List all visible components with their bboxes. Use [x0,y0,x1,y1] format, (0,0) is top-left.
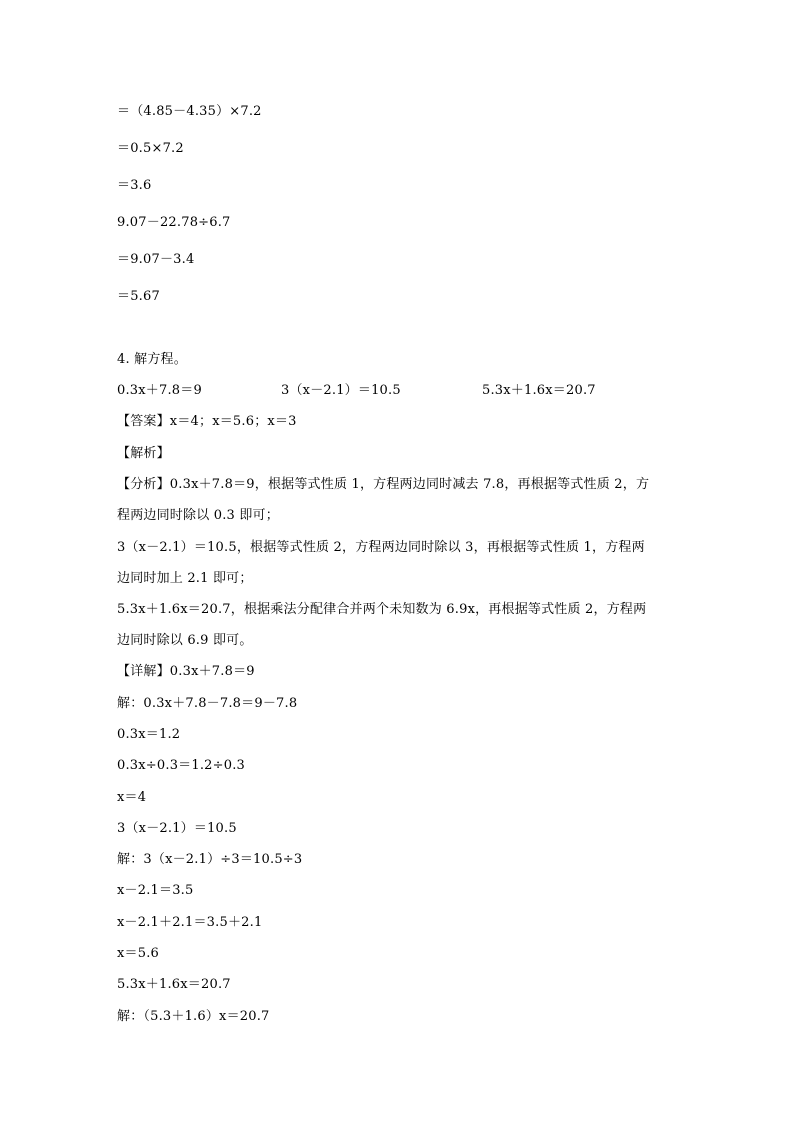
detail-line: 0.3x＝1.2 [117,727,180,743]
calc-line: ＝0.5×7.2 [117,141,184,157]
analysis-heading: 【解析】 [117,446,170,462]
detail-line: x＝5.6 [117,946,159,962]
detail-line: 【详解】0.3x＋7.8＝9 [117,664,255,680]
analysis-line: 5.3x＋1.6x＝20.7，根据乘法分配律合并两个未知数为 6.9x，再根据等… [117,602,646,618]
detail-line: 5.3x＋1.6x＝20.7 [117,977,231,993]
detail-line: 3（x－2.1）＝10.5 [117,821,237,837]
answer-line: 【答案】x＝4；x＝5.6；x＝3 [117,414,297,430]
analysis-line: 边同时除以 6.9 即可。 [117,633,253,649]
detail-line: 解：（5.3＋1.6）x＝20.7 [117,1009,270,1025]
detail-line: x－2.1＋2.1＝3.5＋2.1 [117,915,262,931]
equation-3: 5.3x＋1.6x＝20.7 [482,383,596,399]
analysis-line: 3（x－2.1）＝10.5，根据等式性质 2，方程两边同时除以 3，再根据等式性… [117,540,645,556]
detail-line: 解：3（x－2.1）÷3＝10.5÷3 [117,852,302,868]
calc-line: ＝3.6 [117,178,151,194]
detail-line: 解：0.3x＋7.8－7.8＝9－7.8 [117,696,297,712]
equation-2: 3（x－2.1）＝10.5 [281,383,401,399]
analysis-line: 【分析】0.3x＋7.8＝9，根据等式性质 1，方程两边同时减去 7.8，再根据… [117,477,649,493]
calc-line: ＝9.07－3.4 [117,252,194,268]
detail-line: 0.3x÷0.3＝1.2÷0.3 [117,758,245,774]
equations-row: 0.3x＋7.8＝9 3（x－2.1）＝10.5 5.3x＋1.6x＝20.7 [117,383,677,399]
calc-line: ＝（4.85－4.35）×7.2 [117,104,262,120]
equation-1: 0.3x＋7.8＝9 [117,383,202,399]
question-title: 4. 解方程。 [117,352,187,368]
detail-line: x－2.1＝3.5 [117,883,193,899]
calc-line: ＝5.67 [117,289,160,305]
analysis-line: 程两边同时除以 0.3 即可； [117,508,279,524]
calc-line: 9.07－22.78÷6.7 [117,215,231,231]
detail-line: x＝4 [117,790,146,806]
document-page: ＝（4.85－4.35）×7.2 ＝0.5×7.2 ＝3.6 9.07－22.7… [0,0,794,1123]
analysis-line: 边同时加上 2.1 即可； [117,571,253,587]
